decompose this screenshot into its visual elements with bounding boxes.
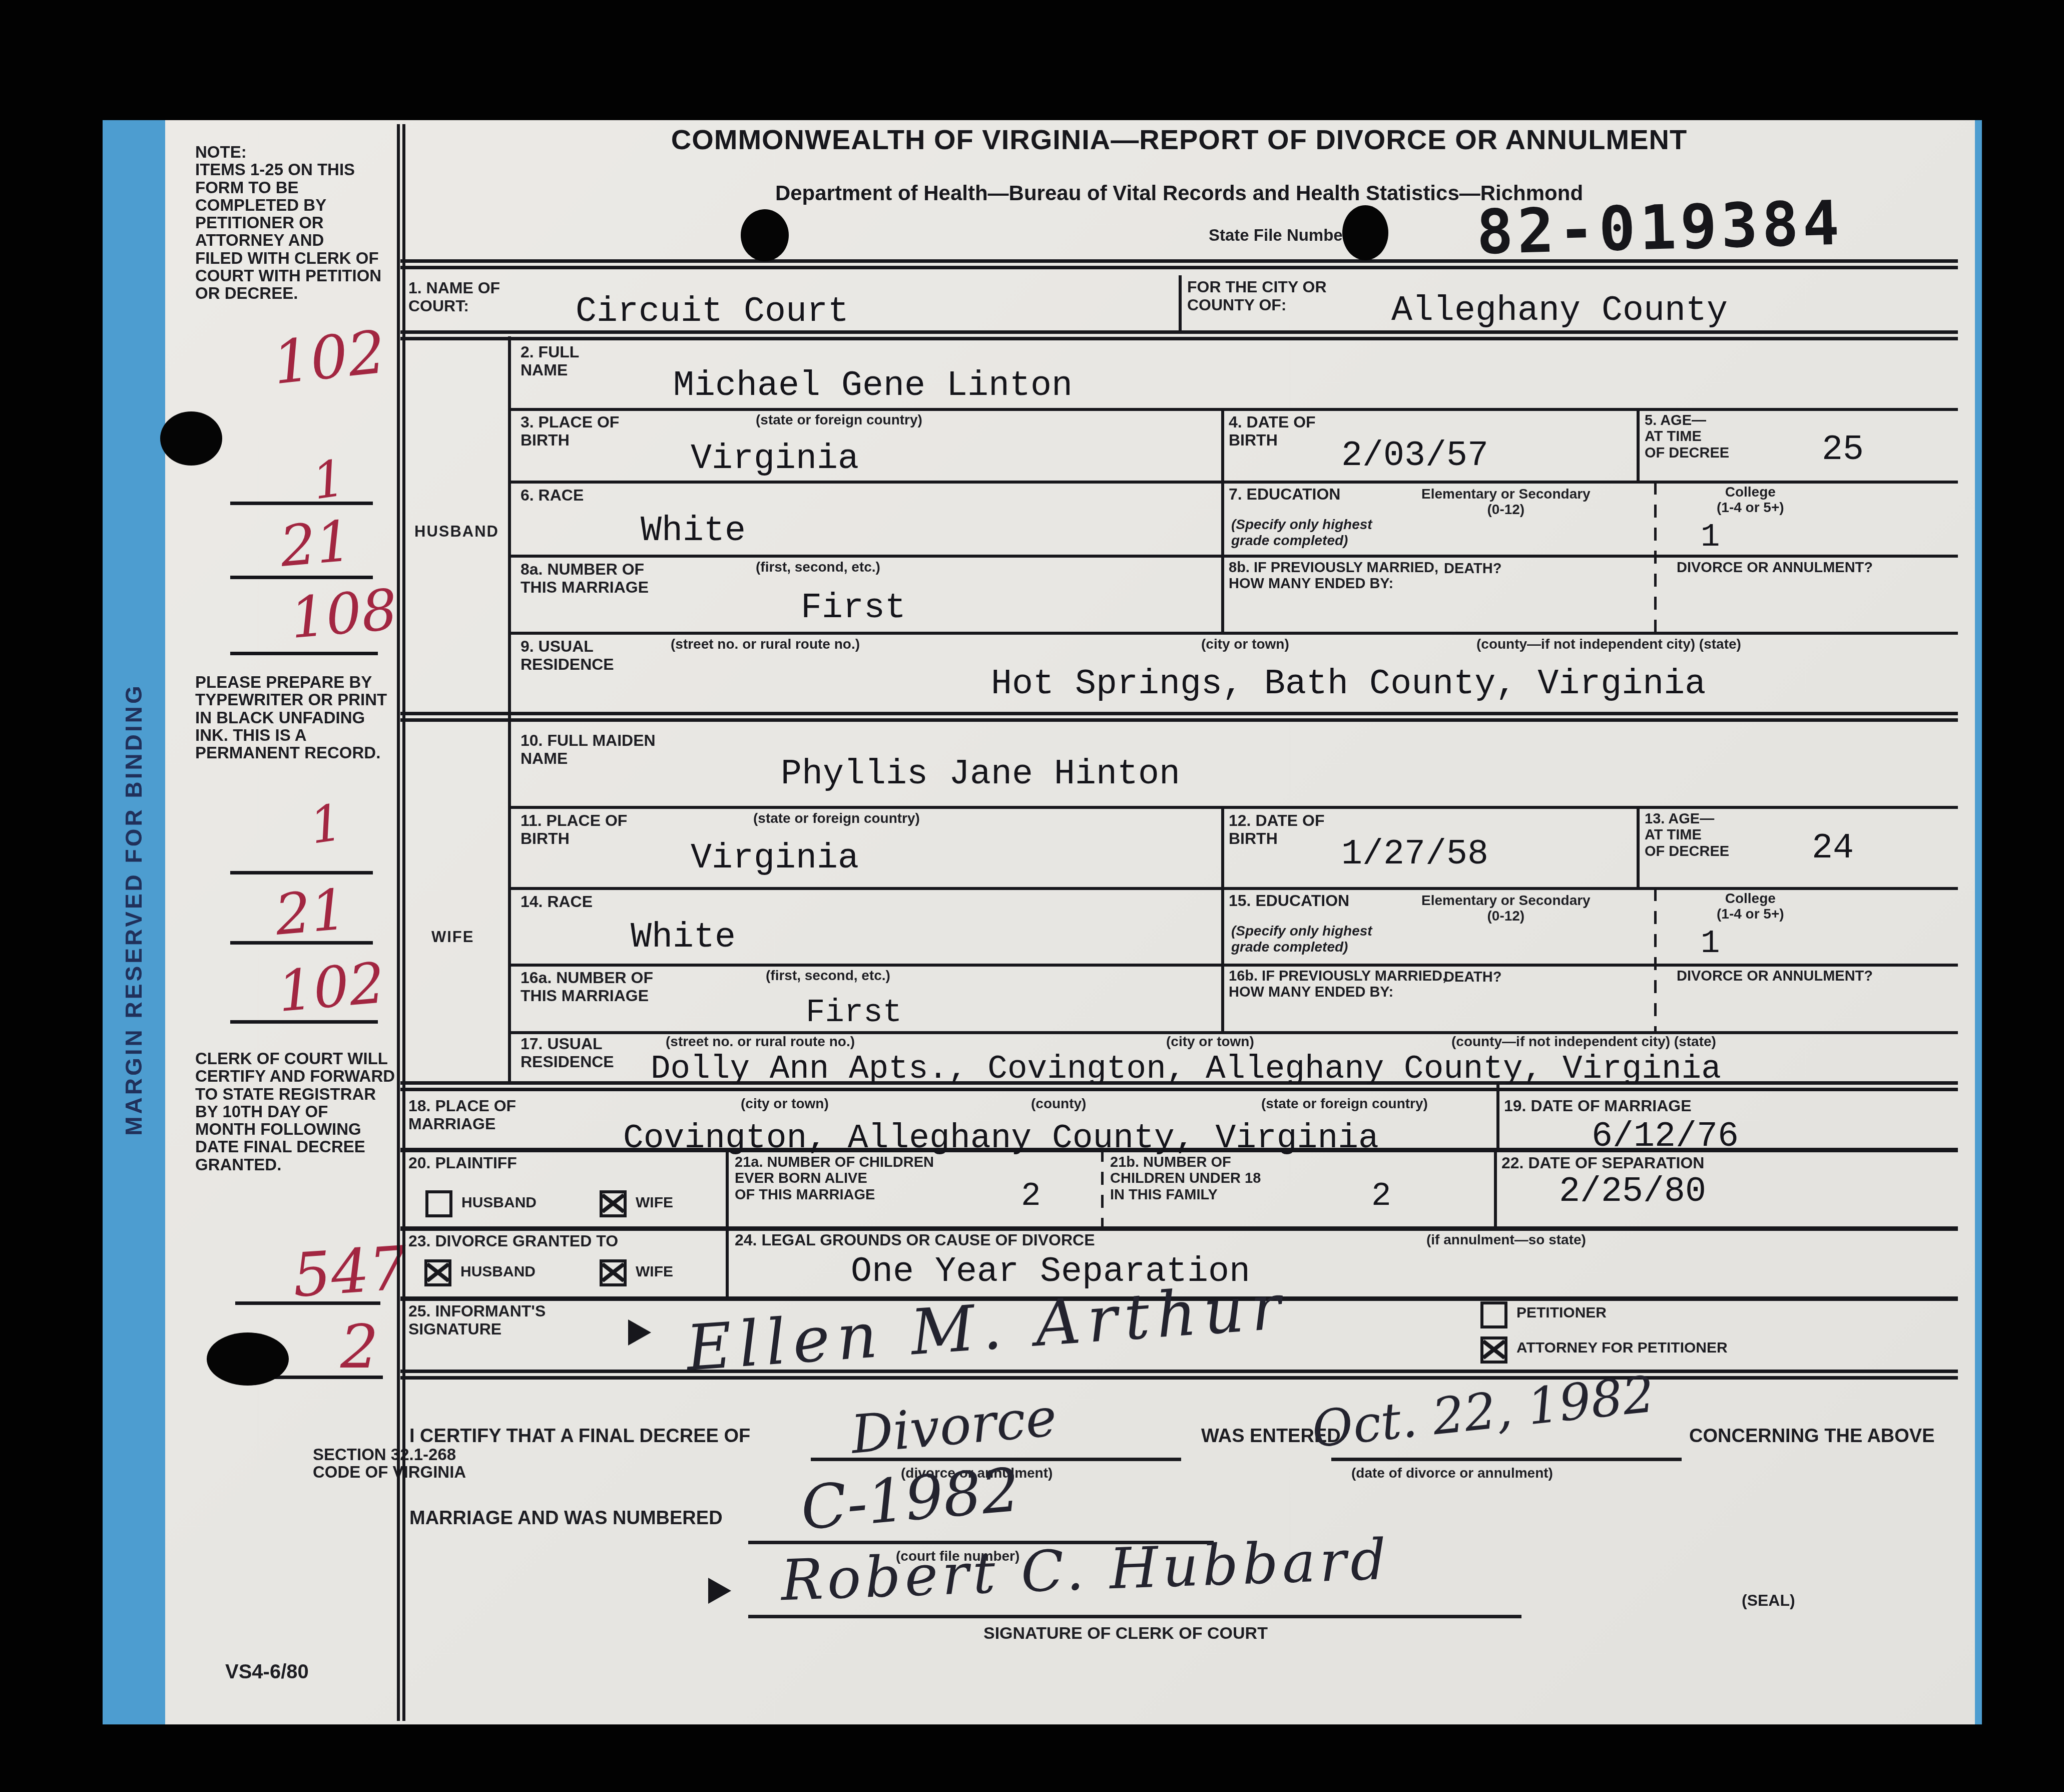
field-10-label: 10. FULL MAIDEN NAME [521,732,656,768]
field-18-county-hint: (county) [1031,1096,1086,1112]
field-11-hint: (state or foreign country) [753,811,920,826]
clerk-signature-label: SIGNATURE OF CLERK OF COURT [983,1624,1268,1643]
margin-line [230,941,373,945]
field-3-value: Virginia [691,439,859,479]
field-24-label: 24. LEGAL GROUNDS OR CAUSE OF DIVORCE [735,1231,1095,1249]
field-14-value: White [631,918,736,958]
document-title: COMMONWEALTH OF VIRGINIA—REPORT OF DIVOR… [400,123,1958,156]
field-17-city-hint: (city or town) [1166,1034,1254,1050]
field-23-label: 23. DIVORCE GRANTED TO [408,1232,618,1250]
field-21b-label: 21b. NUMBER OF CHILDREN UNDER 18 IN THIS… [1110,1154,1261,1203]
margin-number: 108 [288,577,400,651]
rule [400,712,1958,722]
field-4-value: 2/03/57 [1341,436,1488,476]
wife-section-label: WIFE [431,929,474,946]
margin-number: 21 [278,509,354,580]
field-15-label: 15. EDUCATION [1229,892,1349,910]
margin-number: 2 [340,1312,378,1382]
decree-date-line [1331,1458,1682,1461]
field-18-city-hint: (city or town) [741,1096,829,1112]
rule [1221,408,1224,633]
petitioner-label: PETITIONER [1516,1304,1607,1321]
field-3-label: 3. PLACE OF BIRTH [521,413,619,450]
field-7-college-hint: College (1-4 or 5+) [1717,485,1784,516]
margin-number: 21 [273,877,349,948]
signature-arrow-icon [628,1319,651,1346]
field-1-county-value: Alleghany County [1391,291,1728,331]
field-8b-divorce-label: DIVORCE OR ANNULMENT? [1677,560,1873,576]
rule [508,964,1958,967]
field-16b-label: 16b. IF PREVIOUSLY MARRIED, HOW MANY END… [1229,968,1446,1001]
field-7-value: 1 [1701,520,1720,556]
field-16b-divorce-label: DIVORCE OR ANNULMENT? [1677,968,1873,984]
rule [508,632,1958,635]
margin-line [230,576,373,579]
field-15-elementary-hint: Elementary or Secondary (0-12) [1421,893,1591,924]
rule [1494,1149,1497,1227]
field-7-specify-hint: (Specify only highest grade completed) [1231,517,1372,549]
form-code: VS4-6/80 [225,1661,309,1683]
margin-number: 102 [275,951,387,1025]
field-18-label: 18. PLACE OF MARRIAGE [408,1097,516,1133]
rule [508,481,1958,484]
rule [508,408,1958,411]
rule [1496,1081,1499,1149]
seal-label: (SEAL) [1742,1592,1795,1610]
margin-section-note: SECTION 32.1-268 CODE OF VIRGINIA [313,1446,573,1481]
field-24-hint: (if annulment—so state) [1426,1232,1586,1248]
dashed-rule [1654,888,1657,1031]
field-1-label: 1. NAME OF COURT: [408,279,500,315]
field-15-specify-hint: (Specify only highest grade completed) [1231,923,1372,955]
margin-number: 102 [269,317,388,398]
field-8b-death-label: DEATH? [1444,561,1501,577]
field-16a-value: First [806,995,902,1031]
punch-hole-left-upper [160,411,222,466]
field-9-county-hint: (county—if not independent city) (state) [1476,637,1741,652]
granted-husband-label: HUSBAND [460,1263,536,1280]
field-17-label: 17. USUAL RESIDENCE [521,1035,614,1071]
rule [1637,408,1640,482]
dashed-rule [1654,482,1657,632]
field-19-label: 19. DATE OF MARRIAGE [1504,1097,1692,1115]
field-1-county-label: FOR THE CITY OR COUNTY OF: [1187,278,1327,314]
numbered-text: MARRIAGE AND WAS NUMBERED [409,1508,723,1529]
binding-margin-label: MARGIN RESERVED FOR BINDING [120,557,147,1262]
field-16a-label: 16a. NUMBER OF THIS MARRIAGE [521,969,653,1005]
rule [508,806,1958,809]
attorney-label: ATTORNEY FOR PETITIONER [1516,1339,1728,1357]
field-11-value: Virginia [691,839,859,878]
margin-clerk-note: CLERK OF COURT WILL CERTIFY AND FORWARD … [195,1050,410,1173]
field-7-label: 7. EDUCATION [1229,486,1340,504]
field-11-label: 11. PLACE OF BIRTH [521,812,627,848]
rule [400,259,1958,269]
state-file-number-stamp: 82-019384 [1475,187,1844,268]
punch-hole-left-lower [207,1332,289,1386]
field-5-label: 5. AGE— AT TIME OF DECREE [1645,412,1729,461]
punch-hole-top-right [1342,205,1388,260]
margin-number: 547 [290,1233,409,1311]
page-right-edge [1975,120,1982,1724]
rule [1179,275,1182,331]
field-14-label: 14. RACE [521,893,593,911]
field-17-county-hint: (county—if not independent city) (state) [1451,1034,1716,1050]
field-3-hint: (state or foreign country) [756,412,922,428]
field-8a-label: 8a. NUMBER OF THIS MARRIAGE [521,561,649,597]
margin-line [230,502,373,505]
granted-husband-checkbox [424,1259,451,1286]
field-21b-value: 2 [1371,1177,1391,1215]
field-13-label: 13. AGE— AT TIME OF DECREE [1645,811,1729,859]
margin-line [230,1020,378,1024]
field-4-label: 4. DATE OF BIRTH [1229,413,1316,450]
margin-line [235,1301,380,1305]
field-6-value: White [641,512,746,551]
plaintiff-wife-checkbox [600,1190,627,1217]
rule [508,555,1958,558]
field-21a-label: 21a. NUMBER OF CHILDREN EVER BORN ALIVE … [735,1154,934,1203]
plaintiff-husband-label: HUSBAND [461,1194,537,1211]
rule [508,887,1958,890]
field-9-label: 9. USUAL RESIDENCE [521,638,614,674]
field-22-label: 22. DATE OF SEPARATION [1501,1154,1704,1172]
granted-wife-checkbox [600,1259,627,1286]
petitioner-checkbox [1480,1301,1507,1328]
field-18-state-hint: (state or foreign country) [1261,1096,1428,1112]
field-8b-label: 8b. IF PREVIOUSLY MARRIED, HOW MANY ENDE… [1229,560,1438,592]
dashed-rule [1101,1149,1104,1227]
field-5-value: 25 [1822,430,1864,470]
field-15-college-hint: College (1-4 or 5+) [1717,891,1784,922]
rule [1637,806,1640,888]
rule [400,330,1958,340]
field-17-value: Dolly Ann Apts., Covington, Alleghany Co… [651,1050,1721,1088]
field-9-street-hint: (street no. or rural route no.) [671,637,860,652]
margin-prepare-note: PLEASE PREPARE BY TYPEWRITER OR PRINT IN… [195,673,410,761]
field-9-value: Hot Springs, Bath County, Virginia [991,665,1706,704]
margin-line [230,871,373,874]
field-9-city-hint: (city or town) [1201,637,1289,652]
scanned-document: MARGIN RESERVED FOR BINDING NOTE: ITEMS … [0,0,2064,1792]
field-10-value: Phyllis Jane Hinton [781,755,1180,794]
clerk-signature-line [748,1615,1521,1618]
margin-note: NOTE: ITEMS 1-25 ON THIS FORM TO BE COMP… [195,143,410,302]
field-13-value: 24 [1812,829,1854,868]
field-17-street-hint: (street no. or rural route no.) [666,1034,855,1050]
husband-section-label: HUSBAND [414,523,499,541]
field-1-value: Circuit Court [576,292,849,332]
field-12-value: 1/27/58 [1341,835,1488,874]
form-left-double-rule [397,124,405,1721]
field-7-elementary-hint: Elementary or Secondary (0-12) [1421,487,1591,518]
field-6-label: 6. RACE [521,487,584,505]
field-21a-value: 2 [1021,1177,1041,1215]
plaintiff-wife-label: WIFE [636,1194,673,1211]
field-2-value: Michael Gene Linton [673,366,1073,406]
state-file-label: State File Number: [1209,226,1355,245]
decree-date-hint: (date of divorce or annulment) [1351,1466,1553,1481]
field-12-label: 12. DATE OF BIRTH [1229,812,1324,848]
plaintiff-husband-checkbox [425,1190,452,1217]
rule [508,336,511,1081]
attorney-checkbox [1480,1336,1507,1364]
granted-wife-label: WIFE [636,1263,673,1280]
field-8a-hint: (first, second, etc.) [756,560,880,575]
certify-text: I CERTIFY THAT A FINAL DECREE OF [409,1426,750,1447]
field-18-value: Covington, Alleghany County, Virginia [623,1119,1379,1158]
punch-hole-top-left [741,209,789,261]
field-16a-hint: (first, second, etc.) [766,968,890,984]
field-15-value: 1 [1701,926,1720,962]
field-20-label: 20. PLAINTIFF [408,1154,517,1172]
rule [400,1226,1958,1231]
rule [1221,806,1224,1033]
field-25-label: 25. INFORMANT'S SIGNATURE [408,1302,546,1338]
field-22-value: 2/25/80 [1559,1172,1706,1212]
field-16b-death-label: DEATH? [1444,969,1501,985]
rule [400,1370,1958,1380]
field-19-value: 6/12/76 [1592,1117,1739,1157]
margin-line [230,652,378,655]
field-8a-value: First [801,589,906,628]
concerning-text: CONCERNING THE ABOVE [1689,1426,1935,1447]
field-2-label: 2. FULL NAME [521,343,579,379]
clerk-signature-arrow-icon [708,1578,731,1604]
rule [726,1149,729,1296]
